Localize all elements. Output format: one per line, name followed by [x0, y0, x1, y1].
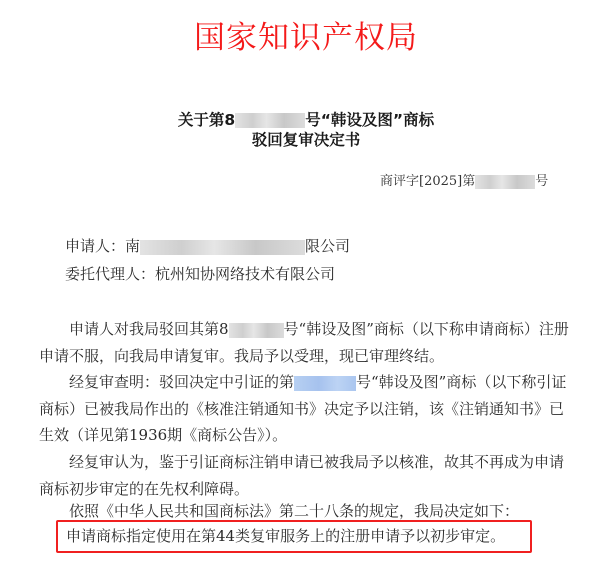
applicant-line: 申请人：南限公司 — [65, 236, 350, 256]
agent-line: 委托代理人：杭州知协网络技术有限公司 — [65, 264, 335, 284]
document-title: 关于第8号“韩设及图”商标 驳回复审决定书 — [0, 110, 612, 150]
title-prefix: 关于第8 — [178, 111, 235, 129]
applicant-name-suffix: 限公司 — [305, 237, 350, 255]
paragraph-2: 经复审查明：驳回决定中引证的第号“韩设及图”商标（以下称引证商标）已被我局作出的… — [39, 369, 569, 449]
reference-number: 商评字[2025]第号 — [380, 173, 548, 191]
redaction-block — [229, 323, 284, 338]
title-line-1: 关于第8号“韩设及图”商标 — [0, 110, 612, 130]
title-line-2: 驳回复审决定书 — [0, 130, 612, 150]
applicant-label: 申请人： — [65, 237, 125, 255]
agency-header: 国家知识产权局 — [0, 18, 612, 58]
reference-prefix: 商评字[2025]第 — [380, 174, 475, 189]
redaction-block — [294, 376, 356, 391]
decision-text: 申请商标指定使用在第44类复审服务上的注册申请予以初步审定。 — [66, 525, 505, 547]
applicant-name-prefix: 南 — [125, 237, 140, 255]
paragraph-3: 经复审认为，鉴于引证商标注销申请已被我局予以核准，故其不再成为申请商标初步审定的… — [39, 449, 569, 502]
paragraph-text: 经复审认为，鉴于引证商标注销申请已被我局予以核准，故其不再成为申请商标初步审定的… — [39, 449, 569, 502]
paragraph-text: 申请人对我局驳回其第8 — [69, 320, 229, 338]
title-suffix: 号“韩设及图”商标 — [305, 111, 434, 129]
reference-suffix: 号 — [535, 174, 548, 189]
paragraph-1: 申请人对我局驳回其第8号“韩设及图”商标（以下称申请商标）注册申请不服，向我局申… — [39, 316, 569, 369]
agent-name: 杭州知协网络技术有限公司 — [155, 265, 335, 283]
agent-label: 委托代理人： — [65, 265, 155, 283]
redaction-block — [235, 113, 305, 128]
redaction-block — [140, 240, 305, 255]
paragraph-text: 经复审查明：驳回决定中引证的第 — [69, 373, 294, 391]
redaction-block — [475, 175, 535, 189]
